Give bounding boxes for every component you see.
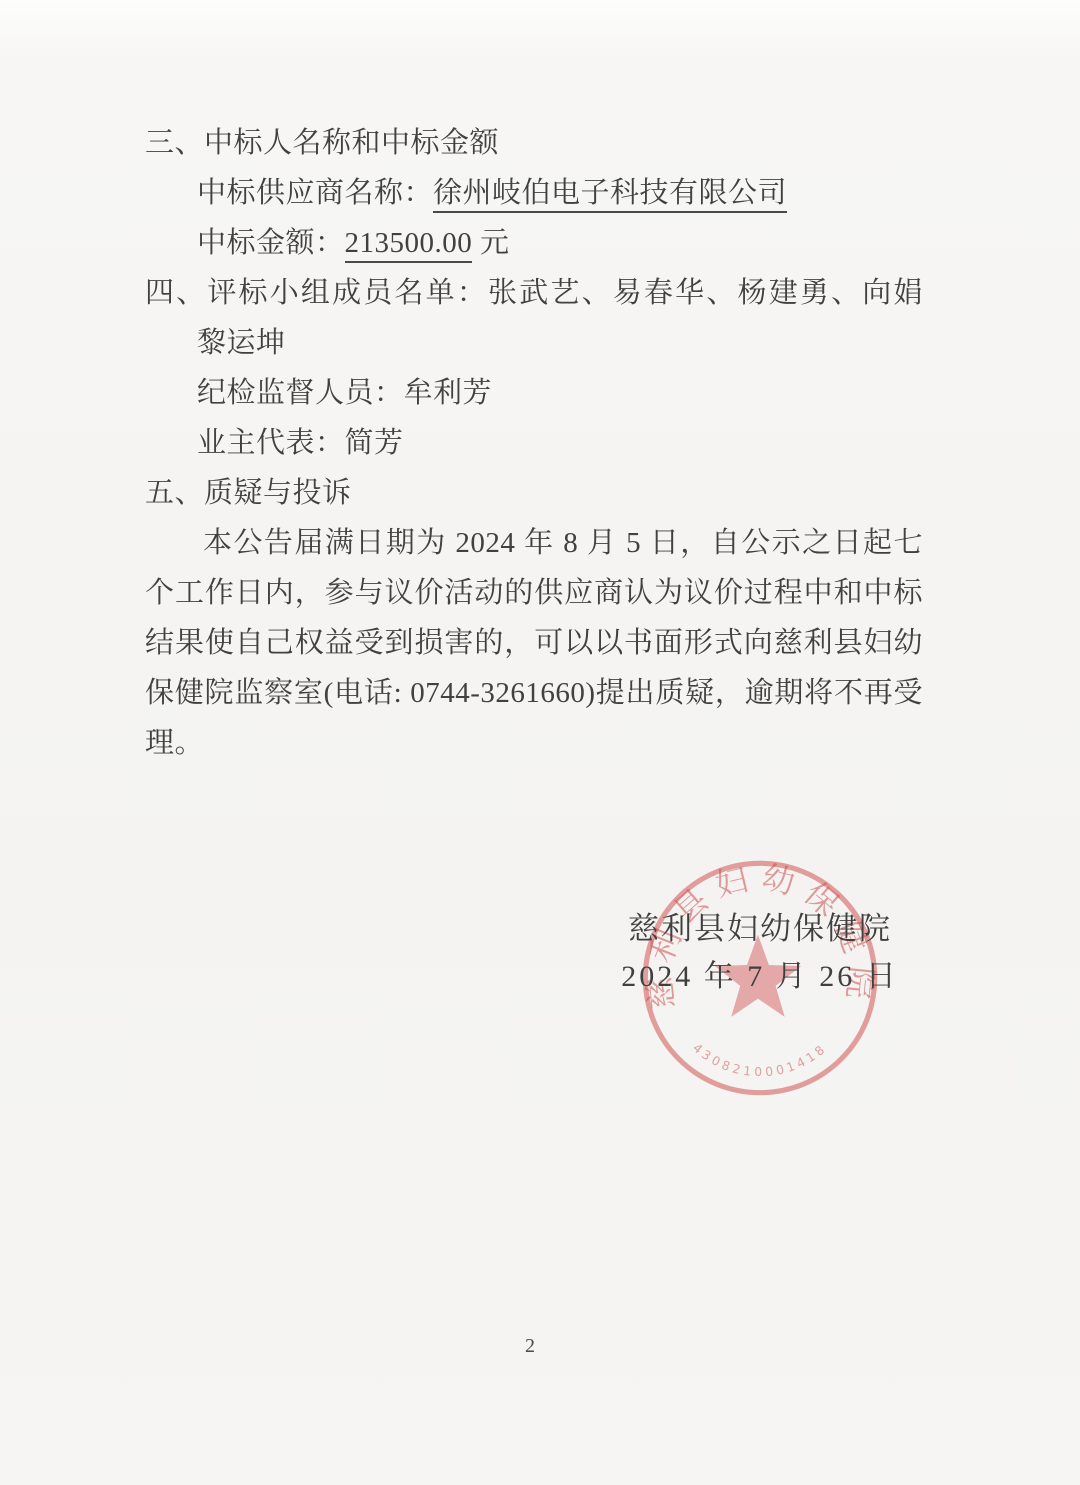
discipline-supervisor-line: 纪检监督人员：牟利芳 xyxy=(145,368,923,418)
paragraph-line-4: 保健院监察室(电话: 0744-3261660)提出质疑，逾期将不再受 xyxy=(145,668,923,718)
signature-org: 慈利县妇幼保健院 xyxy=(560,905,960,953)
amount-label: 中标金额： xyxy=(197,227,345,259)
document-body: 三、中标人名称和中标金额 中标供应商名称：徐州岐伯电子科技有限公司 中标金额：2… xyxy=(145,118,923,768)
paragraph-line-2: 个工作日内，参与议价活动的供应商认为议价过程中和中标 xyxy=(145,568,923,618)
owner-representative-line: 业主代表：简芳 xyxy=(145,418,923,468)
page-number: 2 xyxy=(0,1335,1060,1358)
document-page: 三、中标人名称和中标金额 中标供应商名称：徐州岐伯电子科技有限公司 中标金额：2… xyxy=(0,0,1080,1485)
paragraph-line-5: 理。 xyxy=(145,718,923,768)
seal-serial: 4308210001418 xyxy=(690,1040,830,1079)
supplier-label: 中标供应商名称： xyxy=(197,177,433,209)
supplier-line: 中标供应商名称：徐州岐伯电子科技有限公司 xyxy=(145,168,923,218)
signature-date: 2024 年 7 月 26 日 xyxy=(560,953,960,1001)
supplier-name: 徐州岐伯电子科技有限公司 xyxy=(433,177,787,213)
committee-member-overflow-line: 黎运坤 xyxy=(145,318,923,368)
amount-value: 213500.00 xyxy=(345,227,473,263)
paragraph-line-3: 结果使自己权益受到损害的，可以以书面形式向慈利县妇幼 xyxy=(145,618,923,668)
paragraph-line-1: 本公告届满日期为 2024 年 8 月 5 日，自公示之日起七 xyxy=(145,518,923,568)
amount-unit: 元 xyxy=(480,227,510,259)
section-four-line-1: 四、评标小组成员名单：张武艺、易春华、杨建勇、向娟娟、 xyxy=(145,268,923,318)
signature-block: 慈利县妇幼保健院 2024 年 7 月 26 日 xyxy=(560,905,960,1001)
amount-line: 中标金额：213500.00 元 xyxy=(145,218,923,268)
section-three-heading: 三、中标人名称和中标金额 xyxy=(145,118,923,168)
section-five-heading: 五、质疑与投诉 xyxy=(145,468,923,518)
